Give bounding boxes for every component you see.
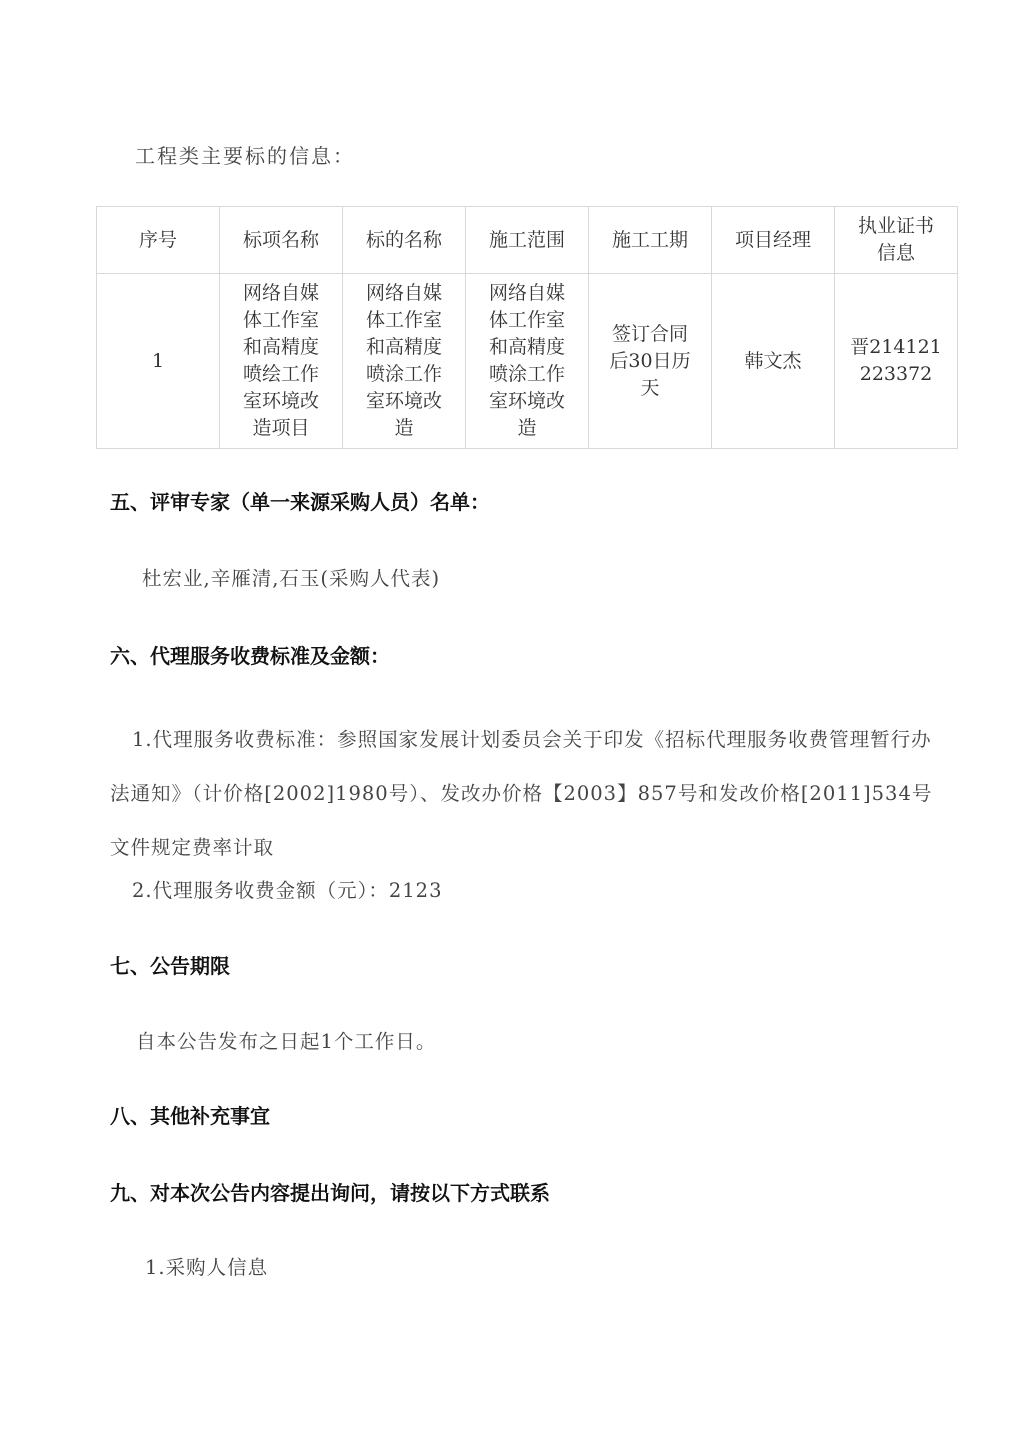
section-8-heading: 八、其他补充事宜 xyxy=(110,1100,270,1129)
project-info-table: 序号 标项名称 标的名称 施工范围 施工工期 项目经理 执业证书信息 1 网络自… xyxy=(96,206,958,449)
cell-index: 1 xyxy=(97,274,220,449)
col-header-manager: 项目经理 xyxy=(712,207,835,274)
table-header-row: 序号 标项名称 标的名称 施工范围 施工工期 项目经理 执业证书信息 xyxy=(97,207,958,274)
col-header-certificate: 执业证书信息 xyxy=(835,207,958,274)
col-header-duration: 施工工期 xyxy=(589,207,712,274)
col-header-lot-name: 标项名称 xyxy=(220,207,343,274)
cell-subject-name: 网络自媒体工作室和高精度喷涂工作室环境改造 xyxy=(343,274,466,449)
expert-list: 杜宏业,辛雁清,石玉(采购人代表) xyxy=(142,563,440,591)
intro-text: 工程类主要标的信息： xyxy=(135,140,355,169)
section-6-heading: 六、代理服务收费标准及金额： xyxy=(110,640,390,669)
section-7-heading: 七、公告期限 xyxy=(110,950,230,979)
cell-manager: 韩文杰 xyxy=(712,274,835,449)
section-5-heading: 五、评审专家（单一来源采购人员）名单： xyxy=(110,486,490,515)
cell-scope: 网络自媒体工作室和高精度喷涂工作室环境改造 xyxy=(466,274,589,449)
cell-certificate: 晋214121223372 xyxy=(835,274,958,449)
col-header-index: 序号 xyxy=(97,207,220,274)
purchaser-info-label: 1.采购人信息 xyxy=(145,1252,268,1280)
col-header-scope: 施工范围 xyxy=(466,207,589,274)
col-header-subject-name: 标的名称 xyxy=(343,207,466,274)
fee-amount: 2.代理服务收费金额（元）：2123 xyxy=(132,875,442,903)
notice-period: 自本公告发布之日起1个工作日。 xyxy=(136,1026,436,1054)
section-9-heading: 九、对本次公告内容提出询问，请按以下方式联系 xyxy=(110,1177,550,1206)
table-row: 1 网络自媒体工作室和高精度喷绘工作室环境改造项目 网络自媒体工作室和高精度喷涂… xyxy=(97,274,958,449)
fee-standard: 1.代理服务收费标准：参照国家发展计划委员会关于印发《招标代理服务收费管理暂行办… xyxy=(110,713,950,875)
cell-duration: 签订合同后30日历天 xyxy=(589,274,712,449)
cell-lot-name: 网络自媒体工作室和高精度喷绘工作室环境改造项目 xyxy=(220,274,343,449)
